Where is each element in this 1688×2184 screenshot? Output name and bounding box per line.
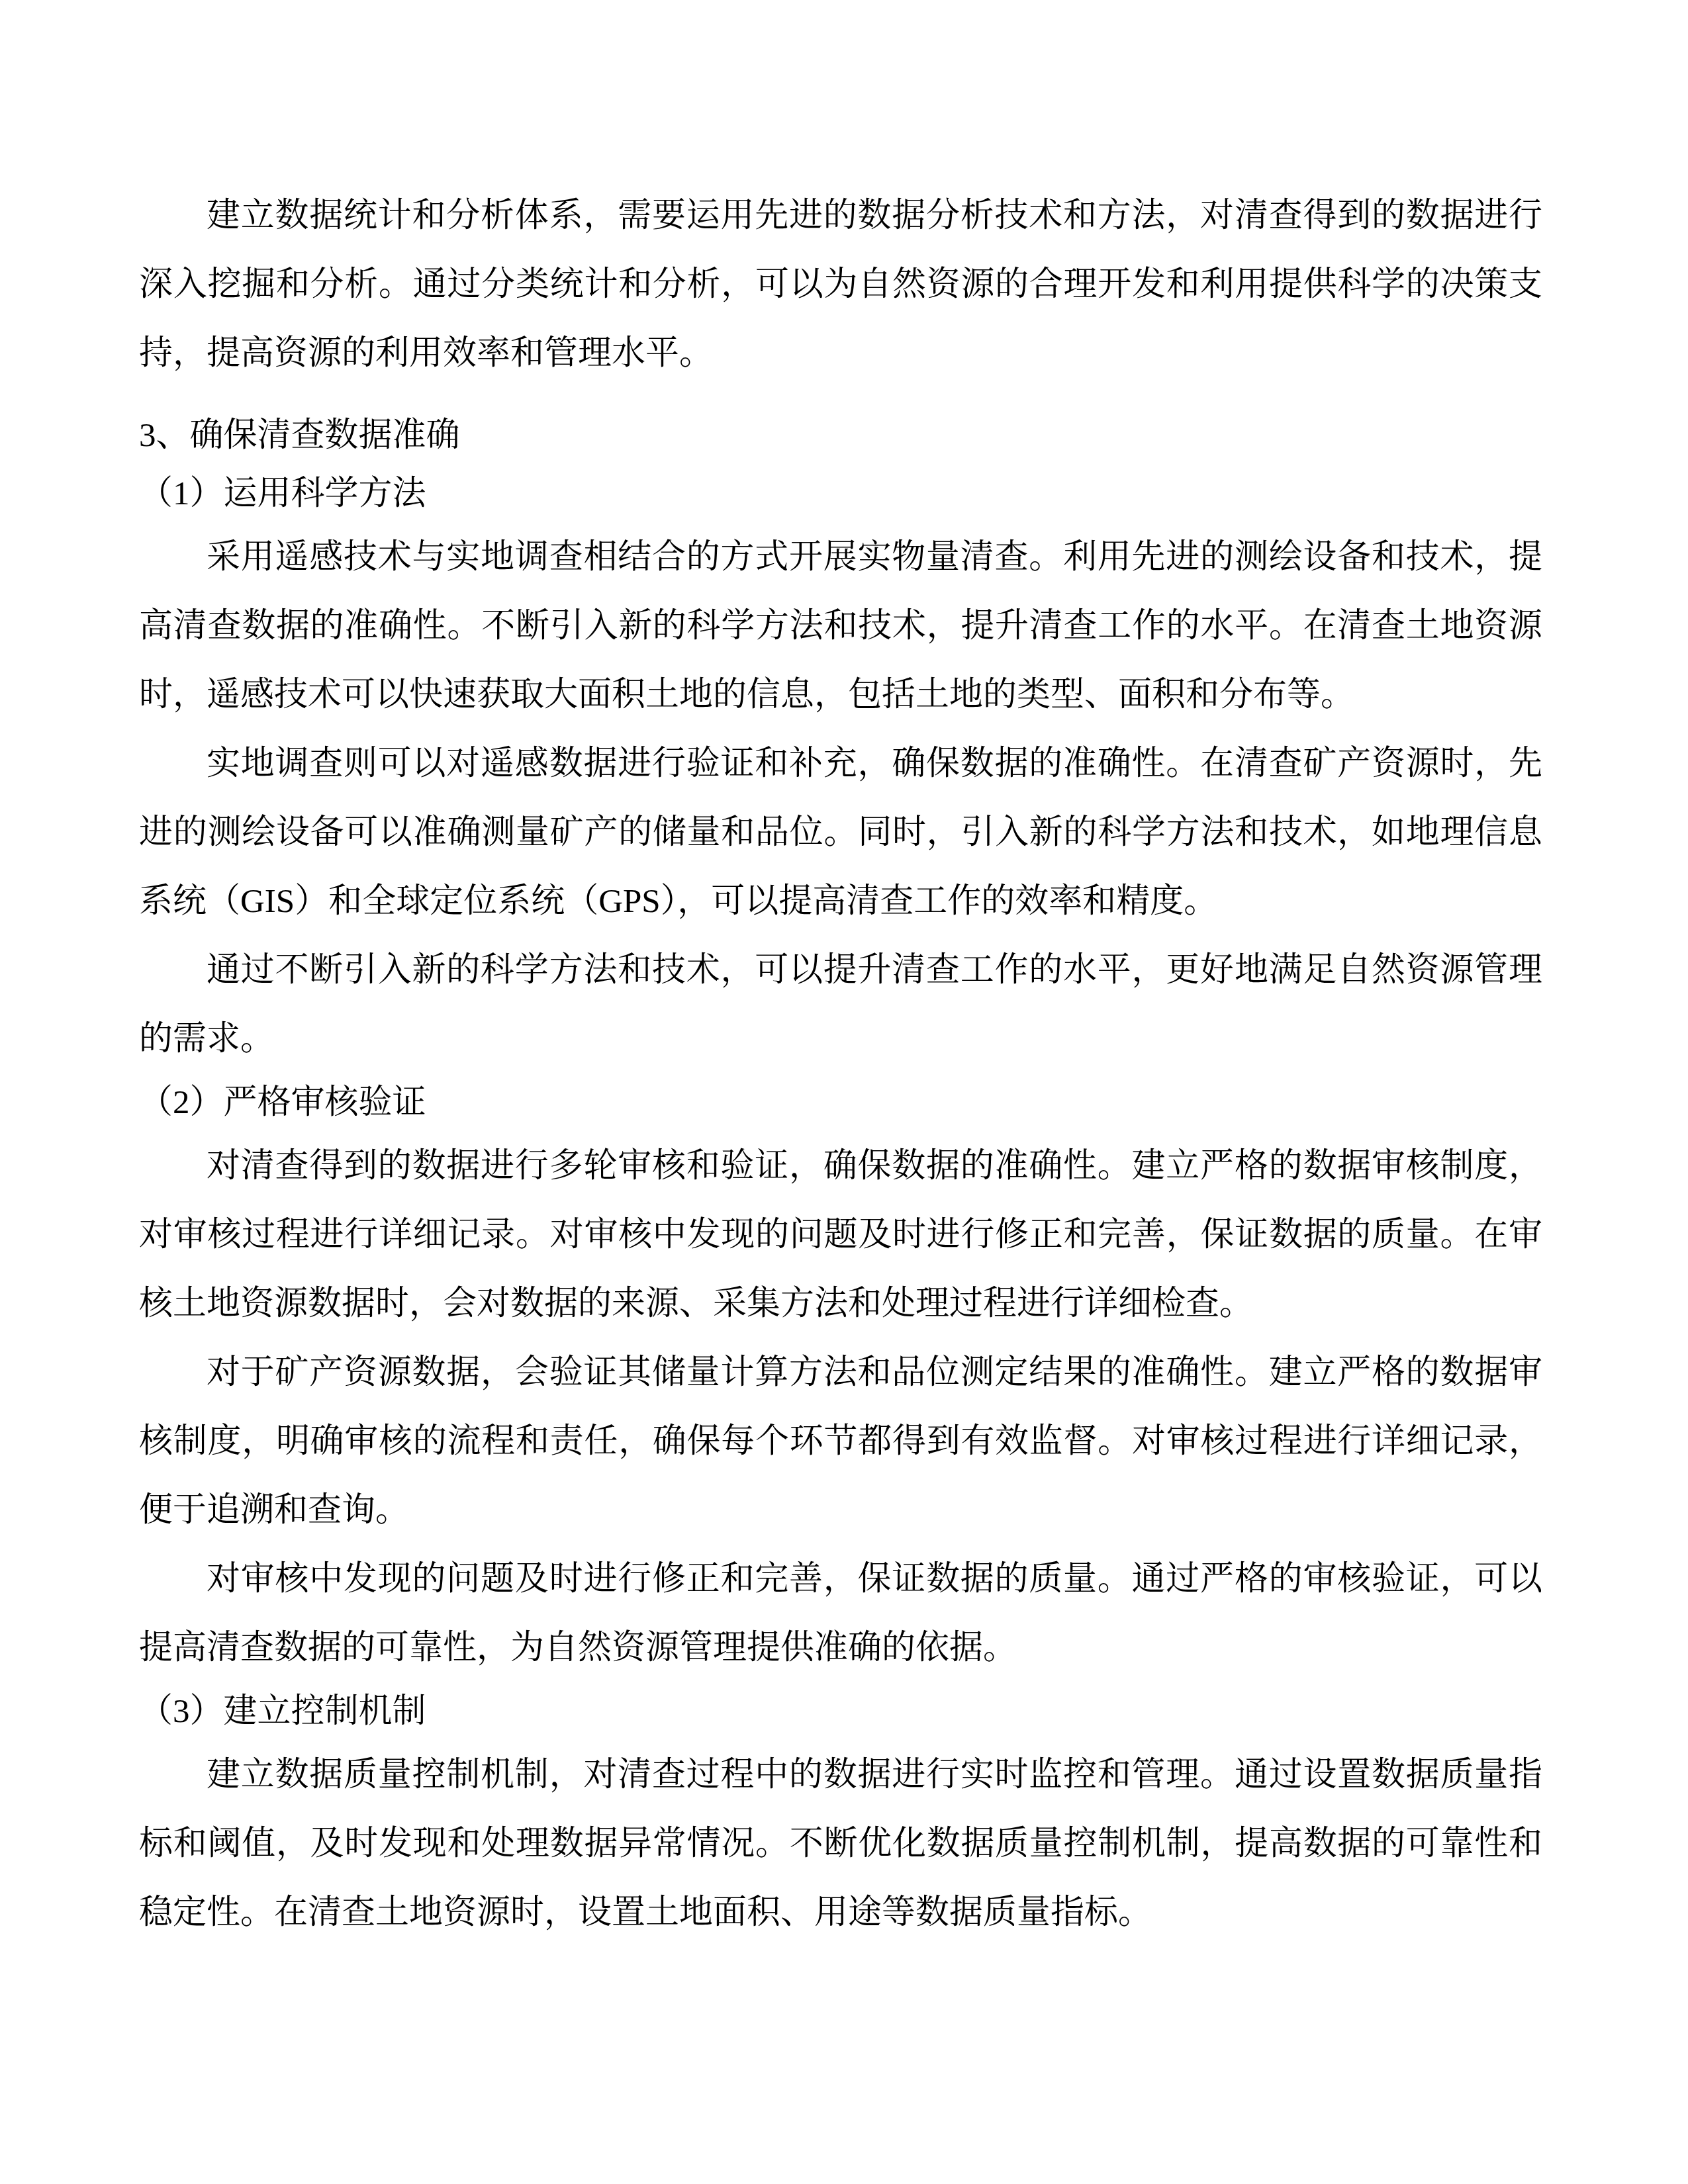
paragraph-mineral-data-verification: 对于矿产资源数据，会验证其储量计算方法和品位测定结果的准确性。建立严格的数据审核… [139,1338,1542,1545]
paragraph-review-correction-reliability: 对审核中发现的问题及时进行修正和完善，保证数据的质量。通过严格的审核验证，可以提… [139,1545,1542,1682]
document-page: 建立数据统计和分析体系，需要运用先进的数据分析技术和方法，对清查得到的数据进行深… [0,0,1688,2184]
subsection-heading-strict-review: （2）严格审核验证 [139,1073,1542,1132]
paragraph-field-verification-gis-gps: 实地调查则可以对遥感数据进行验证和补充，确保数据的准确性。在清查矿产资源时，先进… [139,729,1542,936]
section-heading-ensure-data-accuracy: 3、确保清查数据准确 [139,406,1542,465]
paragraph-remote-sensing-survey: 采用遥感技术与实地调查相结合的方式开展实物量清查。利用先进的测绘设备和技术，提高… [139,523,1542,729]
paragraph-multi-round-review: 对清查得到的数据进行多轮审核和验证，确保数据的准确性。建立严格的数据审核制度，对… [139,1132,1542,1338]
subsection-heading-control-mechanism: （3）建立控制机制 [139,1682,1542,1741]
paragraph-quality-control-mechanism: 建立数据质量控制机制，对清查过程中的数据进行实时监控和管理。通过设置数据质量指标… [139,1741,1542,1947]
paragraph-data-analysis-system: 建立数据统计和分析体系，需要运用先进的数据分析技术和方法，对清查得到的数据进行深… [139,181,1542,388]
paragraph-improve-inventory-level: 通过不断引入新的科学方法和技术，可以提升清查工作的水平，更好地满足自然资源管理的… [139,936,1542,1073]
subsection-heading-scientific-methods: （1）运用科学方法 [139,465,1542,523]
